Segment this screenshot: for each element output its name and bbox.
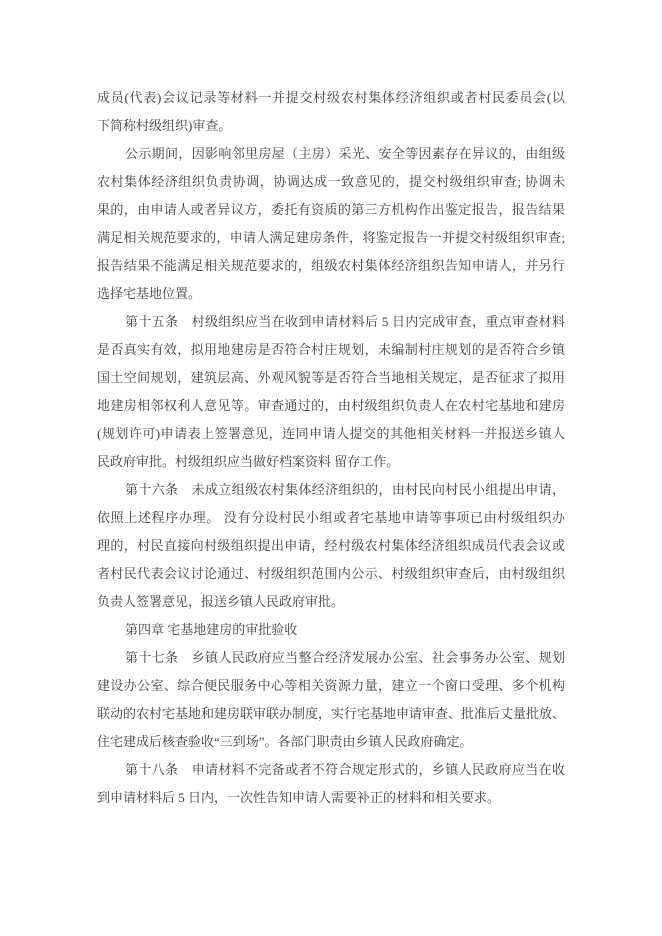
document-line: 第十五条 村级组织应当在收到申请材料后 5 日内完成审查，重点审查材料 — [97, 308, 565, 336]
document-line: 理的，村民直接向村级组织提出申请，经村级农村集体经济组织成员代表会议或 — [97, 532, 565, 560]
document-line: 第十七条 乡镇人民政府应当整合经济发展办公室、社会事务办公室、规划 — [97, 644, 565, 672]
document-line: 住宅建成后核查验收“三到场”。各部门职责由乡镇人民政府确定。 — [97, 728, 565, 756]
document-line: 农村集体经济组织负责协调，协调达成一致意见的，提交村级组织审查; 协调未 — [97, 168, 565, 196]
document-line: 成员(代表)会议记录等材料一并提交村级农村集体经济组织或者村民委员会(以 — [97, 84, 565, 112]
document-line: 依照上述程序办理。 没有分设村民小组或者宅基地申请等事项已由村级组织办 — [97, 504, 565, 532]
document-line: 是否真实有效，拟用地建房是否符合村庄规划，未编制村庄规划的是否符合乡镇 — [97, 336, 565, 364]
document-line: 到申请材料后 5 日内，一次性告知申请人需要补正的材料和相关要求。 — [97, 784, 565, 812]
document-line: 下简称村级组织)审查。 — [97, 112, 565, 140]
document-line: 第十六条 未成立组级农村集体经济组织的，由村民向村民小组提出申请， — [97, 476, 565, 504]
document-line: 建设办公室、综合便民服务中心等相关资源力量，建立一个窗口受理、多个机构 — [97, 672, 565, 700]
document-line: 选择宅基地位置。 — [97, 280, 565, 308]
document-line: 民政府审批。村级组织应当做好档案资料 留存工作。 — [97, 448, 565, 476]
document-line: 报告结果不能满足相关规范要求的，组级农村集体经济组织告知申请人，并另行 — [97, 252, 565, 280]
document-line: 果的，由申请人或者异议方，委托有资质的第三方机构作出鉴定报告，报告结果 — [97, 196, 565, 224]
document-line: 联动的农村宅基地和建房联审联办制度，实行宅基地申请审查、批准后丈量批放、 — [97, 700, 565, 728]
document-line: 地建房相邻权利人意见等。审查通过的，由村级组织负责人在农村宅基地和建房 — [97, 392, 565, 420]
document-line: 国土空间规划，建筑层高、外观风貌等是否符合当地相关规定，是否征求了拟用 — [97, 364, 565, 392]
document-line: 者村民代表会议讨论通过、村级组织范围内公示、村级组织审查后，由村级组织 — [97, 560, 565, 588]
document-line: 第十八条 申请材料不完备或者不符合规定形式的，乡镇人民政府应当在收 — [97, 756, 565, 784]
document-line: 满足相关规范要求的，申请人满足建房条件，将鉴定报告一并提交村级组织审查; — [97, 224, 565, 252]
document-line: 负责人签署意见，报送乡镇人民政府审批。 — [97, 588, 565, 616]
chapter-heading: 第四章 宅基地建房的审批验收 — [97, 616, 565, 644]
document-page: 成员(代表)会议记录等材料一并提交村级农村集体经济组织或者村民委员会(以 下简称… — [97, 84, 565, 812]
document-line: (规划许可)申请表上签署意见，连同申请人提交的其他相关材料一并报送乡镇人 — [97, 420, 565, 448]
document-line: 公示期间，因影响邻里房屋（主房）采光、安全等因素存在异议的，由组级 — [97, 140, 565, 168]
